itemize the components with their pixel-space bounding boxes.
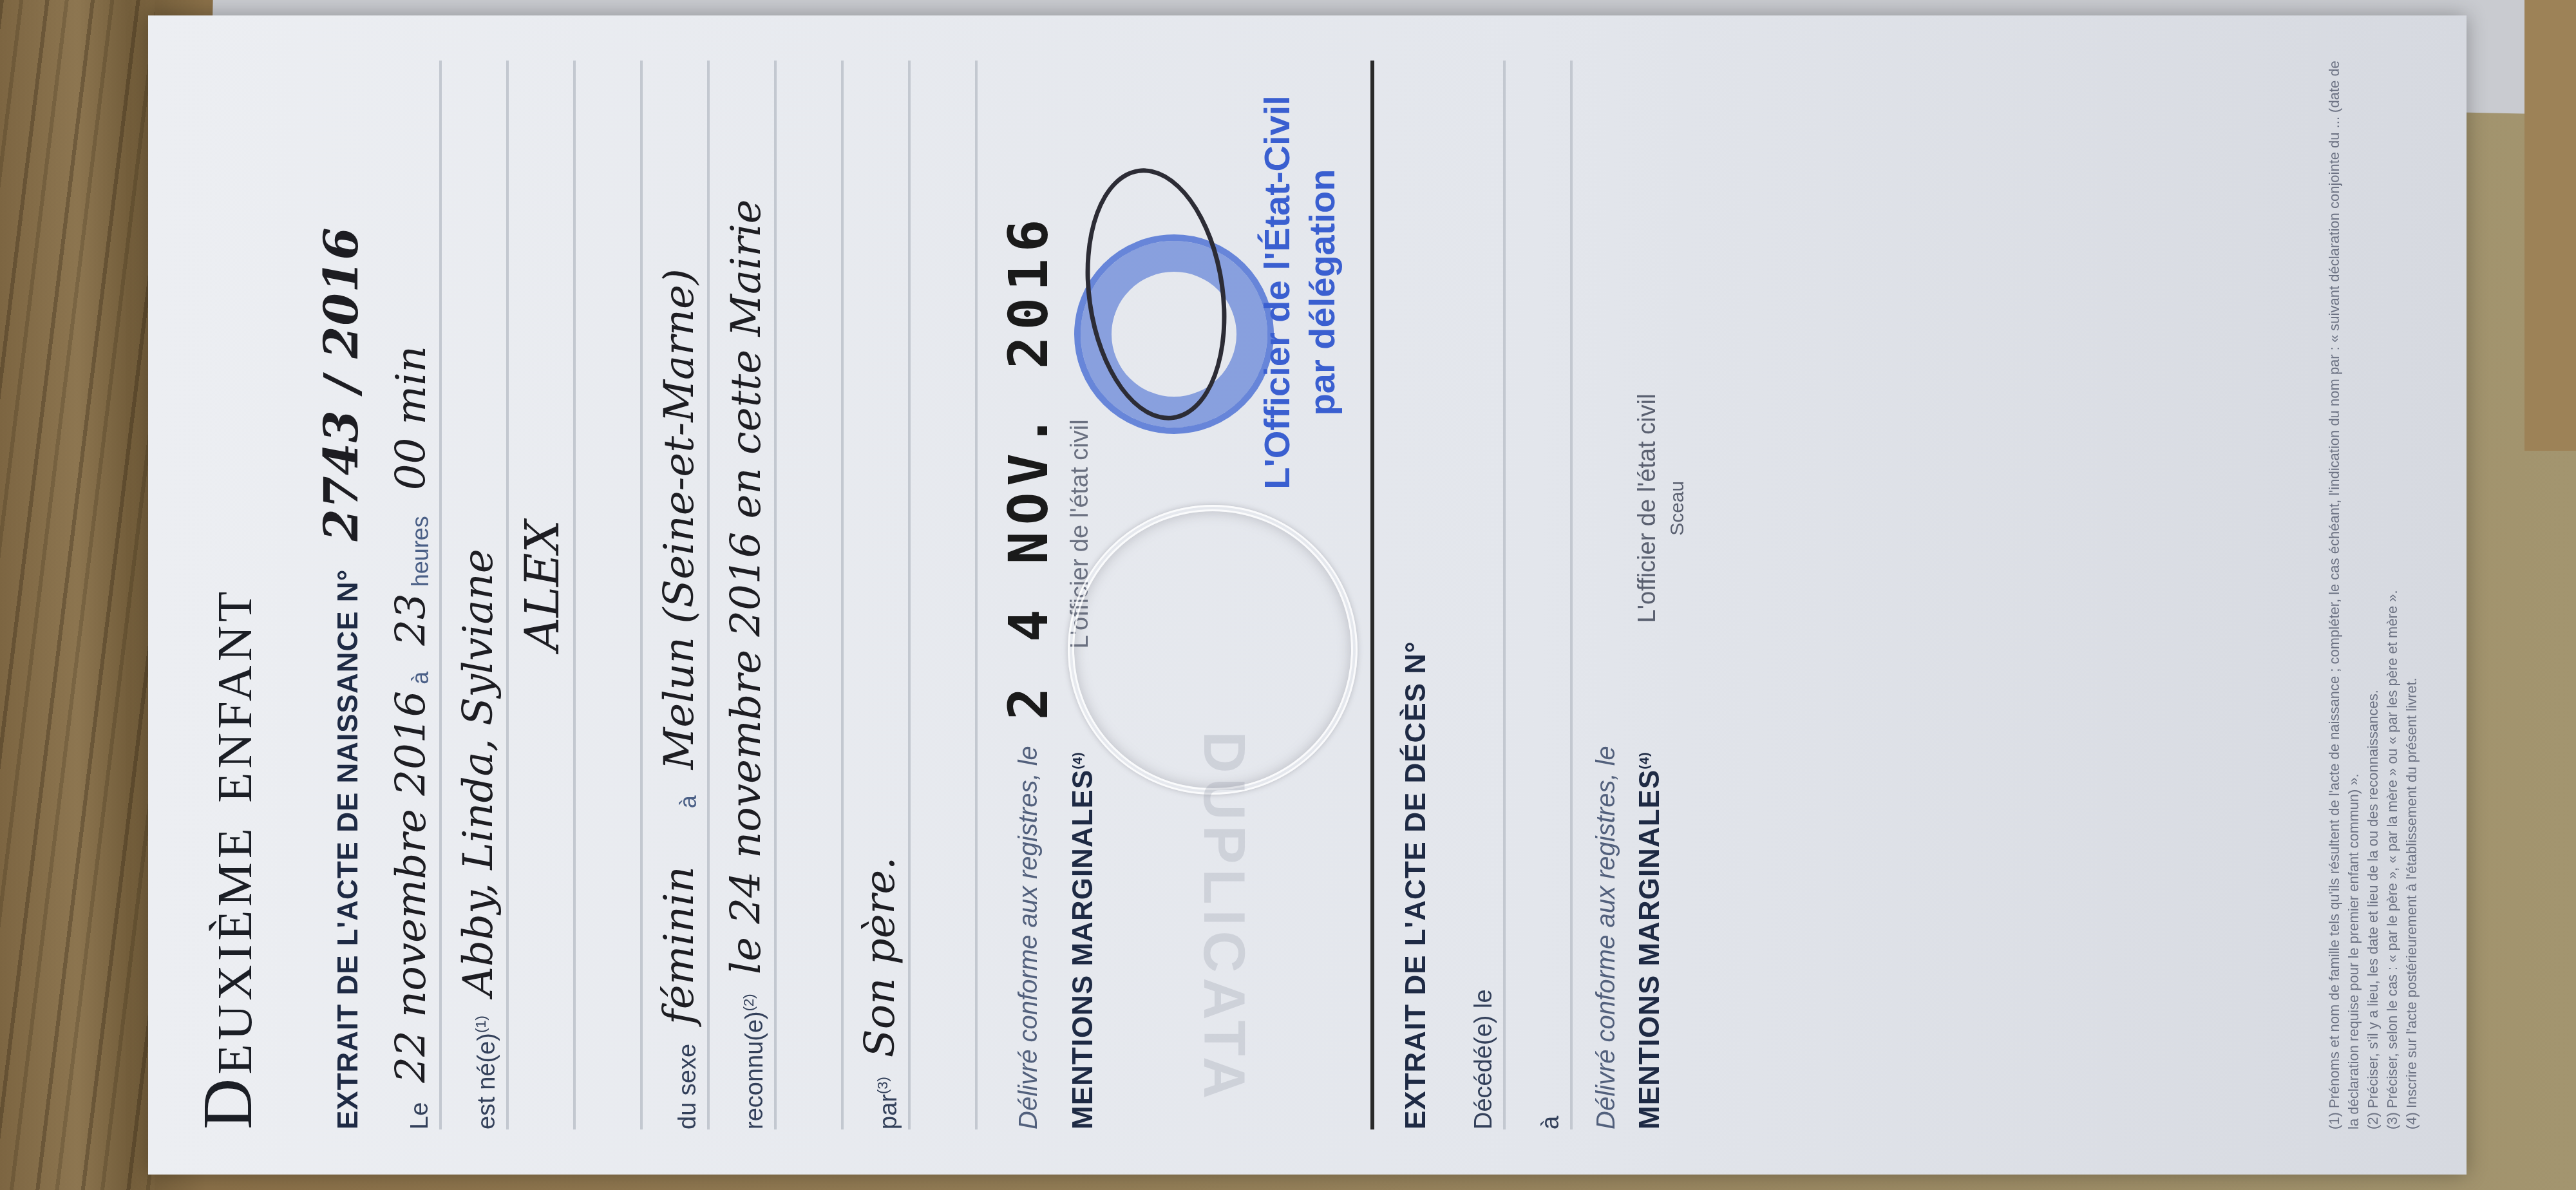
sex-label: du sexe	[674, 1044, 707, 1129]
surname-row: ALEX	[509, 61, 576, 1129]
delivered-date-stamp: 2 4 NOV. 2016	[997, 213, 1060, 720]
birth-extract-heading: EXTRAIT DE L'ACTE DE NAISSANCE N° 2743 /…	[314, 61, 368, 1129]
seal-label: Sceau	[1667, 393, 1694, 623]
birth-date-row: Le 22 novembre 2016 à 23 heures 00 min	[375, 61, 442, 1129]
by-label: par(3)	[875, 1077, 908, 1129]
date-label: Le	[406, 1102, 439, 1129]
birth-date-value: 22 novembre 2016	[388, 691, 439, 1102]
hours-label: heures	[407, 509, 439, 593]
by-value: Son père.	[857, 857, 908, 1077]
footnote-4: (4) Inscrire sur l'acte postérieurement …	[2402, 61, 2421, 1129]
birth-place-value: Melun (Seine-et-Marne)	[656, 269, 707, 789]
footnote-1: (1) Prénoms et nom de famille tels qu'il…	[2325, 61, 2363, 1129]
death-place-row: à	[1506, 61, 1573, 1129]
footnotes: (1) Prénoms et nom de famille tels qu'il…	[2325, 61, 2421, 1129]
time-at-label: à	[407, 665, 439, 691]
death-extract-heading: EXTRAIT DE L'ACTE DE DÉCÈS N°	[1400, 61, 1432, 1129]
mentions-marginales-label: MENTIONS MARGINALES(4)	[1067, 751, 1099, 1129]
wooden-table-corner	[2524, 0, 2576, 451]
officer-delegation-stamp: L'Officier de l'État-Civil par délégatio…	[1255, 35, 1345, 550]
death-at-label: à	[1537, 1116, 1570, 1129]
birth-act-number: 2743 / 2016	[314, 227, 372, 560]
by-row: par(3) Son père.	[844, 61, 911, 1129]
death-officer-label: L'officier de l'état civil	[1634, 393, 1667, 623]
birth-minutes-value: 00 min	[388, 346, 439, 509]
blank-row-2	[777, 61, 844, 1129]
birth-certification-block: Délivré conforme aux registres, le 2 4 N…	[997, 61, 1332, 1129]
deceased-row: Décédé(e) le	[1439, 61, 1506, 1129]
birth-hour-value: 23	[388, 593, 439, 665]
given-names-value: Abby, Linda, Sylviane	[455, 549, 506, 1015]
delivered-row: Délivré conforme aux registres, le 2 4 N…	[997, 61, 1060, 1129]
surname-value: ALEX	[515, 520, 573, 670]
delivered-label: Délivré conforme aux registres, le	[1014, 746, 1043, 1129]
sex-place-row: du sexe féminin à Melun (Seine-et-Marne)	[643, 61, 710, 1129]
recognized-value: le 24 novembre 2016 en cette Mairie	[723, 200, 774, 994]
family-booklet-page: Deuxième enfant EXTRAIT DE L'ACTE DE NAI…	[148, 15, 2467, 1175]
death-mentions-label: MENTIONS MARGINALES(4)	[1634, 751, 1694, 1129]
ghost-duplicata-text: DUPLICATA	[1190, 731, 1256, 1104]
recognized-row: reconnu(e)(2) le 24 novembre 2016 en cet…	[710, 61, 777, 1129]
blank-row-3	[911, 61, 978, 1129]
footnote-3: (3) Préciser, selon le cas : « par le pè…	[2383, 61, 2402, 1129]
recognized-label: reconnu(e)(2)	[741, 994, 774, 1129]
blank-row	[576, 61, 643, 1129]
section-divider	[1370, 61, 1374, 1129]
wooden-table-background	[0, 0, 155, 1190]
sex-value: féminin	[656, 866, 707, 1044]
death-delivered-label: Délivré conforme aux registres, le	[1592, 746, 1620, 1129]
born-label: est né(e)(1)	[473, 1015, 506, 1129]
deceased-label: Décédé(e) le	[1470, 989, 1503, 1129]
footnote-2: (2) Préciser, s'il y a lieu, les date et…	[2363, 61, 2383, 1129]
place-at-label: à	[675, 789, 707, 815]
given-names-row: est né(e)(1) Abby, Linda, Sylviane	[442, 61, 509, 1129]
page-title: Deuxième enfant	[187, 61, 269, 1129]
